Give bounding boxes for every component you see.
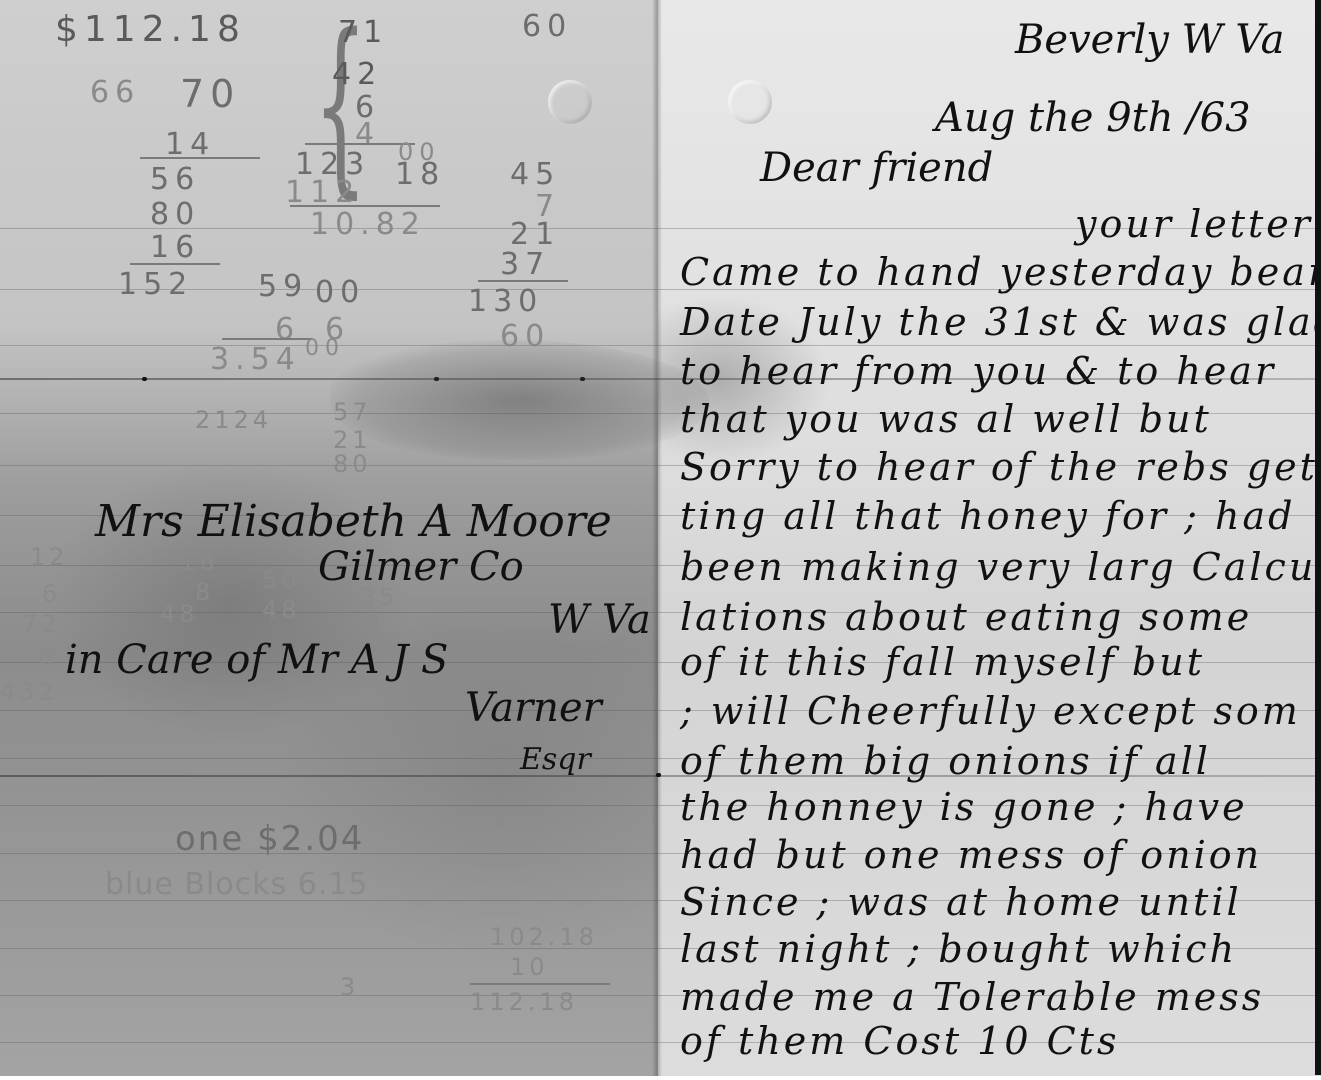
letter-line: of them big onions if all xyxy=(680,742,1211,780)
pencil-figure: 72 xyxy=(22,612,61,636)
letter-salutation: Dear friend xyxy=(760,148,993,188)
pencil-figure: 80 xyxy=(150,200,200,230)
pencil-figure: 66 xyxy=(90,78,140,108)
pencil-figure: 21 xyxy=(333,428,372,452)
pencil-figure: 6 xyxy=(42,582,61,606)
pencil-figure: 112 xyxy=(285,178,360,208)
pencil-underline xyxy=(130,263,220,265)
address-care-of: in Care of Mr A J S xyxy=(65,640,448,680)
pencil-top-total: $112.18 xyxy=(55,12,246,48)
pencil-figure: 00 xyxy=(305,338,345,360)
letter-line: of them Cost 10 Cts xyxy=(680,1022,1119,1060)
pencil-figure: 112.18 xyxy=(470,990,578,1014)
water-stain xyxy=(330,340,710,460)
letter-line: Since ; was at home until xyxy=(680,883,1242,921)
pencil-figure: 6 xyxy=(275,315,300,345)
pencil-figure: 2124 xyxy=(195,408,272,432)
scan-edge xyxy=(1315,0,1321,1075)
pencil-underline xyxy=(140,157,260,159)
letter-line: lations about eating some xyxy=(680,598,1252,636)
pencil-figure: 50 xyxy=(262,568,301,592)
pencil-figure: 3.54 xyxy=(210,345,301,375)
letter-line: Sorry to hear of the rebs get xyxy=(680,448,1318,486)
pencil-bottom-note: one $2.04 xyxy=(175,822,364,856)
pencil-underline xyxy=(478,280,568,282)
pencil-figure: 10 xyxy=(510,955,549,979)
pencil-figure: 102.18 xyxy=(490,925,598,949)
address-state: W Va xyxy=(548,600,651,640)
pencil-figure: 8 xyxy=(365,612,384,636)
pencil-figure: 6 xyxy=(38,645,57,669)
ruled-line xyxy=(0,345,1315,346)
pencil-figure: 432 xyxy=(0,680,58,704)
letter-line: to hear from you & to hear xyxy=(680,352,1276,390)
letter-line: Date July the 31st & was glad xyxy=(680,303,1321,341)
pencil-figure: 16 xyxy=(150,233,200,263)
letter-scan: { $112.18 66 70 14 56 80 16 152 71 42 6 … xyxy=(0,0,1321,1080)
pencil-figure: 00 xyxy=(315,278,365,308)
pencil-figure: 59 xyxy=(258,272,308,302)
letter-line: that you was al well but xyxy=(680,400,1212,438)
pencil-figure: 18 xyxy=(395,160,445,190)
scan-edge xyxy=(0,1076,1321,1080)
letter-line: had but one mess of onion xyxy=(680,836,1262,874)
letter-line: the honney is gone ; have xyxy=(680,788,1248,826)
letter-line: Came to hand yesterday bearing xyxy=(680,253,1321,291)
pencil-bottom-note: blue Blocks 6.15 xyxy=(105,870,369,900)
letter-place: Beverly W Va xyxy=(1015,20,1284,60)
pencil-figure: 48 xyxy=(262,598,301,622)
address-name: Varner xyxy=(465,688,602,728)
pencil-figure: 60 xyxy=(522,12,572,42)
address-esquire: Esqr xyxy=(520,745,591,775)
pencil-figure: 130 xyxy=(468,287,543,317)
embossed-stamp xyxy=(728,80,772,124)
letter-line: of it this fall myself but xyxy=(680,643,1205,681)
pencil-underline xyxy=(470,983,610,985)
pencil-figure: 152 xyxy=(118,270,193,300)
pencil-figure: 16 xyxy=(180,550,219,574)
pencil-figure: 48 xyxy=(160,602,199,626)
letter-line: been making very larg Calcu xyxy=(680,548,1316,586)
address-recipient: Mrs Elisabeth A Moore xyxy=(95,500,612,544)
letter-date: Aug the 9th /63 xyxy=(935,98,1251,138)
pencil-underline xyxy=(222,338,312,340)
pencil-figure: 42 xyxy=(332,60,382,90)
embossed-stamp xyxy=(548,80,592,124)
pencil-figure: 80 xyxy=(333,452,372,476)
pencil-figure: 57 xyxy=(333,400,372,424)
center-fold-crease xyxy=(652,0,662,1080)
letter-line: ; will Cheerfully except som xyxy=(680,692,1301,730)
pencil-figure: 70 xyxy=(180,75,240,113)
fold-pinhole xyxy=(142,377,147,381)
pencil-figure: 4 xyxy=(355,120,380,150)
letter-line: made me a Tolerable mess xyxy=(680,978,1264,1016)
pencil-figure: 10.82 xyxy=(310,210,426,240)
pencil-figure: 14 xyxy=(165,130,215,160)
letter-line: last night ; bought which xyxy=(680,930,1237,968)
letter-line: your letter xyxy=(1075,205,1313,243)
pencil-figure: 56 xyxy=(150,165,200,195)
pencil-figure: 12 xyxy=(30,545,69,569)
pencil-figure: 21 xyxy=(510,220,560,250)
pencil-figure: 71 xyxy=(338,18,388,48)
pencil-figure: 45 xyxy=(510,160,560,190)
fold-pinhole xyxy=(656,773,661,777)
letter-line: ting all that honey for ; had xyxy=(680,497,1295,535)
pencil-figure: 3 xyxy=(340,975,359,999)
pencil-figure: 60 xyxy=(500,322,550,352)
pencil-figure: 37 xyxy=(500,250,550,280)
address-county: Gilmer Co xyxy=(318,547,524,587)
